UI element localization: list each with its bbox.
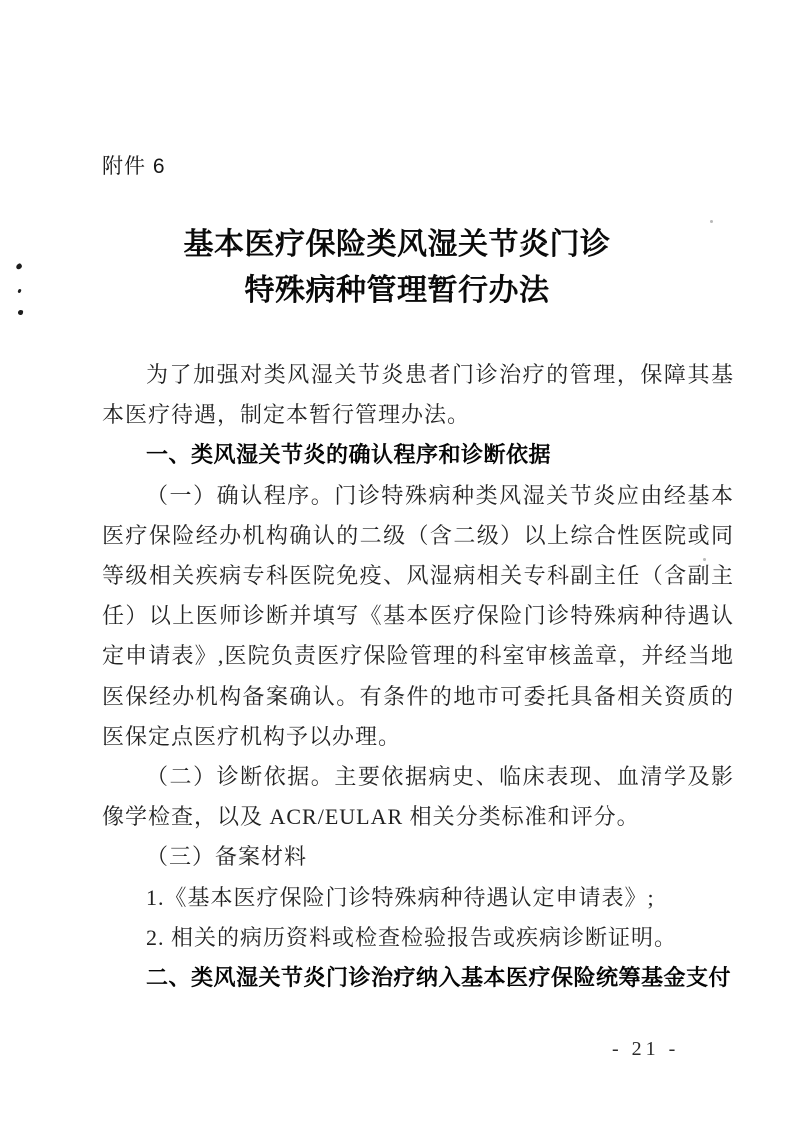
list-item-1: 1.《基本医疗保险门诊特殊病种待遇认定申请表》; <box>102 878 734 918</box>
document-title-line-2: 特殊病种管理暂行办法 <box>0 268 794 314</box>
paragraph-diagnosis-basis: （二）诊断依据。主要依据病史、临床表现、血清学及影像学检查，以及 ACR/EUL… <box>102 757 734 837</box>
document-title-line-1: 基本医疗保险类风湿关节炎门诊 <box>0 222 794 268</box>
paragraph-filing-materials: （三）备案材料 <box>102 837 734 877</box>
document-title: 基本医疗保险类风湿关节炎门诊 特殊病种管理暂行办法 <box>0 222 794 314</box>
page-number: - 21 - <box>612 1038 679 1061</box>
scan-dot <box>703 558 706 561</box>
scan-dot <box>710 220 713 223</box>
list-item-2: 2. 相关的病历资料或检查检验报告或疾病诊断证明。 <box>102 918 734 958</box>
scan-speck <box>18 310 24 316</box>
paragraph-intro: 为了加强对类风湿关节炎患者门诊治疗的管理，保障其基本医疗待遇，制定本暂行管理办法… <box>102 355 734 435</box>
paragraph-confirmation-procedure: （一）确认程序。门诊特殊病种类风湿关节炎应由经基本医疗保险经办机构确认的二级（含… <box>102 476 734 757</box>
document-body: 为了加强对类风湿关节炎患者门诊治疗的管理，保障其基本医疗待遇，制定本暂行管理办法… <box>102 355 734 998</box>
scan-dot <box>341 575 344 578</box>
section-heading-1: 一、类风湿关节炎的确认程序和诊断依据 <box>102 435 734 475</box>
document-page: 附件 6 基本医疗保险类风湿关节炎门诊 特殊病种管理暂行办法 为了加强对类风湿关… <box>0 0 794 1123</box>
scan-dot <box>521 246 524 249</box>
section-heading-2: 二、类风湿关节炎门诊治疗纳入基本医疗保险统筹基金支付 <box>102 958 734 998</box>
attachment-label: 附件 6 <box>102 150 166 180</box>
